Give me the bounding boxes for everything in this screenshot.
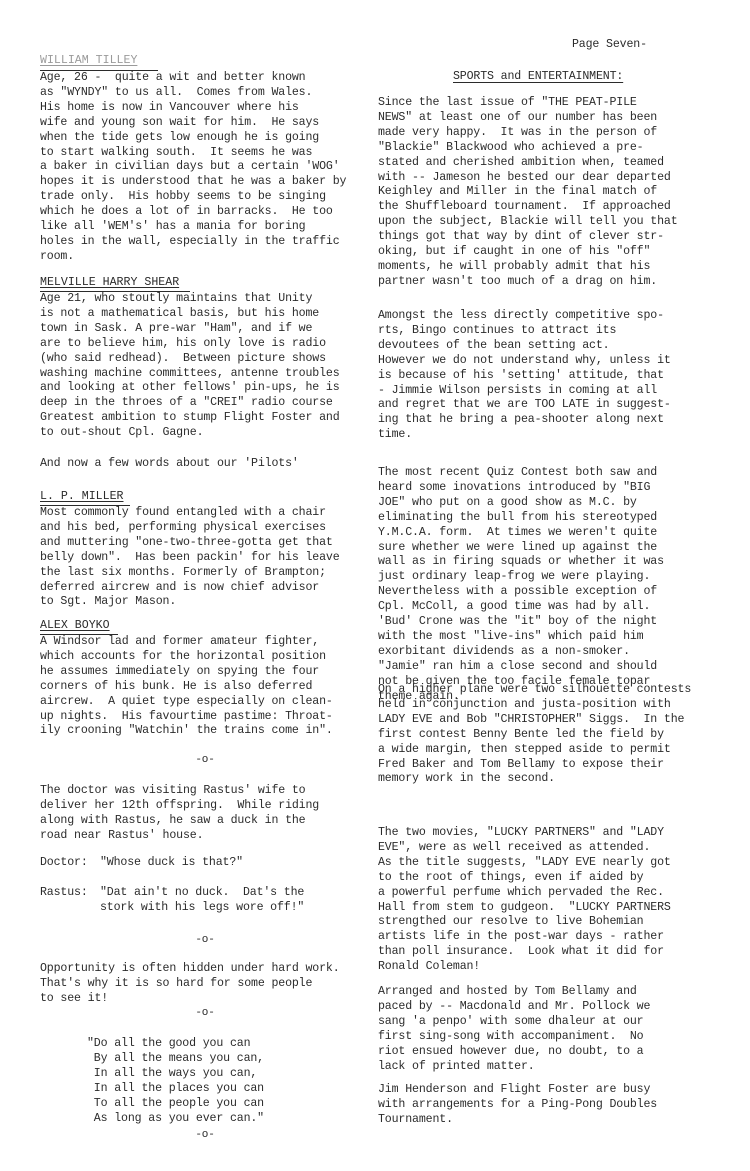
paragraph-quiz-contest: The most recent Quiz Contest both saw an… [378, 466, 664, 705]
paragraph-sing-song: Arranged and hosted by Tom Bellamy and p… [378, 985, 650, 1074]
paragraph-silhouette-contests: On a higher plane were two silhouette co… [378, 683, 691, 787]
profile-text-1: Age, 26 - quite a wit and better known a… [40, 71, 346, 265]
rastus-lines: "Dat ain't no duck. Dat's the stork with… [100, 886, 304, 916]
opportunity-text: Opportunity is often hidden under hard w… [40, 962, 340, 1007]
rastus-label: Rastus: [40, 886, 88, 901]
doctor-label: Doctor: [40, 856, 88, 871]
separator: -o- [40, 1006, 370, 1021]
newsletter-page: Page Seven- SPORTS and ENTERTAINMENT: WI… [0, 0, 750, 1171]
profile-text-4: A Windsor lad and former amateur fighter… [40, 635, 333, 739]
profile-text-2: Age 21, who stoutly maintains that Unity… [40, 292, 340, 441]
profile-heading-4: ALEX BOYKO [40, 619, 110, 633]
profile-heading-2: MELVILLE HARRY SHEAR [40, 276, 179, 290]
joke-text: The doctor was visiting Rastus' wife to … [40, 784, 319, 844]
profile-text-3: Most commonly found entangled with a cha… [40, 506, 340, 610]
doctor-line: "Whose duck is that?" [100, 856, 243, 871]
separator: -o- [40, 1128, 370, 1143]
paragraph-movies: The two movies, "LUCKY PARTNERS" and "LA… [378, 826, 671, 975]
page-number: Page Seven- [572, 38, 647, 53]
separator: -o- [40, 933, 370, 948]
separator: -o- [40, 753, 370, 768]
paragraph-bingo: Amongst the less directly competitive sp… [378, 309, 671, 443]
paragraph-ping-pong: Jim Henderson and Flight Foster are busy… [378, 1083, 657, 1128]
pilots-intro: And now a few words about our 'Pilots' [40, 457, 299, 472]
poem-text: "Do all the good you can By all the mean… [87, 1037, 264, 1126]
paragraph-peat-pile-news: Since the last issue of "THE PEAT-PILE N… [378, 96, 678, 290]
section-title: SPORTS and ENTERTAINMENT: [453, 70, 623, 85]
profile-heading-1: WILLIAM TILLEY [40, 54, 137, 68]
profile-heading-3: L. P. MILLER [40, 490, 124, 504]
